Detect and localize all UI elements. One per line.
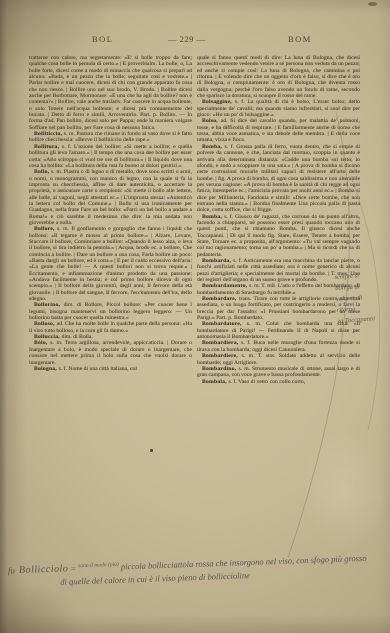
dictionary-entry: Bomba, s. f. Giuoco de' ragazzi, che cor…	[197, 214, 360, 258]
dictionary-entry: quale si fanno questi modi di dire: La l…	[197, 55, 360, 99]
insertion-mark: fu	[8, 565, 15, 575]
edge-speck	[368, 2, 377, 6]
equals-sign: =	[70, 563, 76, 573]
dictionary-entry: Bombardino, s. m. Strumento musicale di …	[197, 366, 360, 379]
dictionary-entry: Bollo, s. m. Piastra o di legno o di met…	[29, 169, 192, 226]
ink-blot	[150, 449, 153, 452]
dictionary-entry: Bolliticcio, s. m. Pastura che rimane in…	[29, 131, 192, 144]
handwritten-headword: Bollicciolo	[19, 563, 69, 576]
handwritten-insert: sono il modo (più)	[78, 562, 119, 569]
page-number: — 229 —	[168, 34, 206, 44]
paper-stain	[300, 430, 390, 550]
dictionary-entry: Bombardiera, s. f. Buca nelle muraglie d…	[197, 340, 360, 353]
text-column-right: quale si fanno questi modi di dire: La l…	[197, 55, 360, 385]
dictionary-entry: Bòlo, s. m. Terra argillosa, arrendevole…	[29, 340, 192, 365]
running-header: BOL — 229 — BOM	[0, 34, 390, 46]
dictionary-entry: Bombardiere, s. m. T. stor. Soldato adde…	[197, 353, 360, 366]
dictionary-entry: Bollore, s. m. Il gonfiamento e gorgogli…	[29, 226, 192, 302]
bottom-handwritten-annotation: fuBollicciolo = sono il modo (più) picco…	[8, 549, 387, 590]
dictionary-entry: trattarne con calore, ma segretamente: «…	[29, 55, 192, 131]
dictionary-entry: Bolloso, ad. Che ha molte bolle in qualc…	[29, 321, 192, 334]
scanned-dictionary-page: BOL — 229 — BOM trattarne con calore, ma…	[0, 0, 390, 633]
header-left-guideword: BOL	[92, 34, 114, 44]
margin-annotation-right: sempre sibolega divoltare, diritornoza T…	[334, 268, 390, 327]
dictionary-entry: Bolsaggine, s. f. La qualità di chi è bo…	[197, 99, 360, 118]
dictionary-entry: Bombardatore, s. m. Colui che bombarda u…	[197, 321, 360, 340]
dictionary-entry: Bomba, s. f. Grossa palla di ferro, vuot…	[197, 144, 360, 214]
dictionary-entry: Bolso, ad. Si dice del cavallo quando, p…	[197, 118, 360, 143]
dictionary-entry: Bollorino, dim. di Bollore, Piccol bollo…	[29, 302, 192, 321]
dictionary-entry: Bollitura, s. f. L'azione del bollire: «…	[29, 144, 192, 169]
header-right-guideword: BOM	[288, 34, 312, 44]
dictionary-entry: Bologna, s. f. Nome di una città italian…	[29, 366, 192, 372]
dictionary-entry: Bombola, s. f. Vaso di vetro con collo c…	[197, 379, 360, 385]
text-column-left: trattarne con calore, ma segretamente: «…	[29, 55, 192, 372]
